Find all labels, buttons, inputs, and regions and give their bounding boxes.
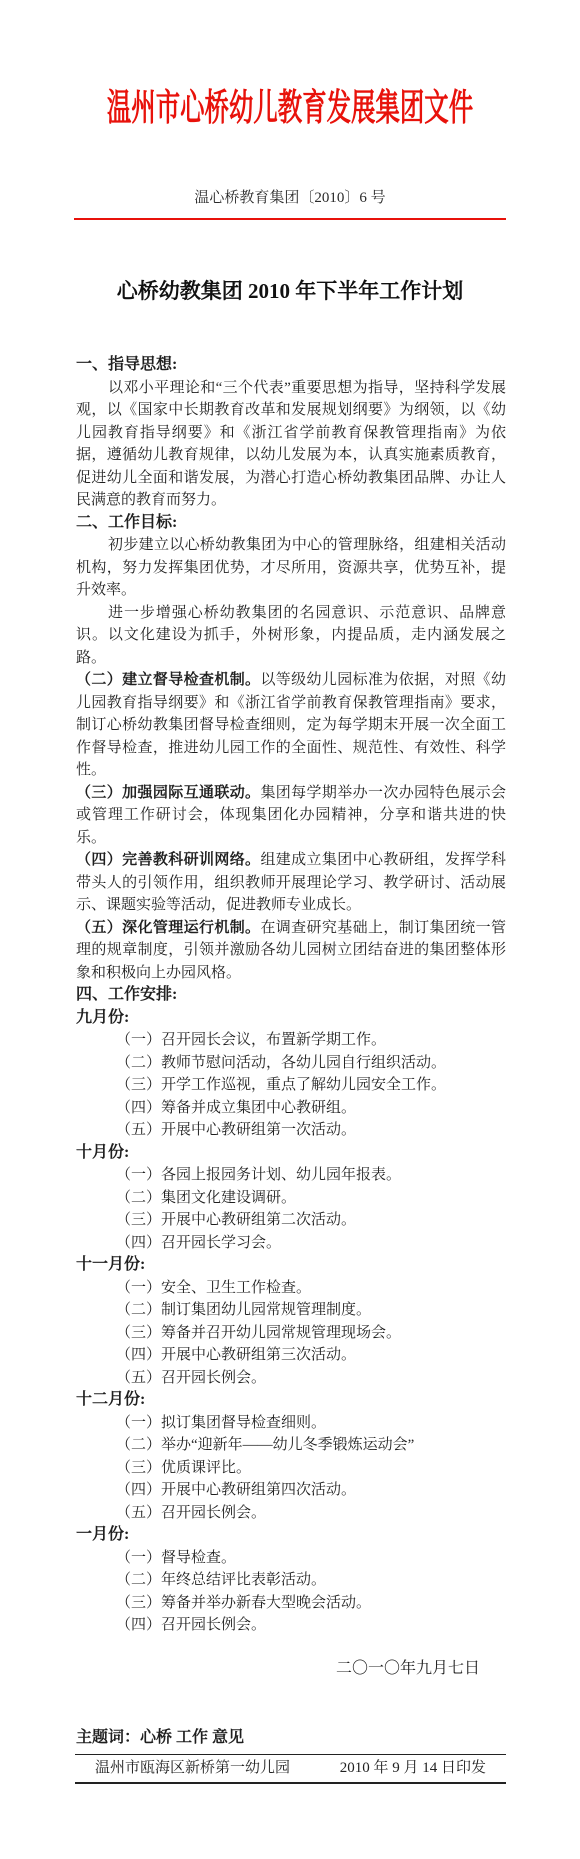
schedule-item: （二）制订集团幼儿园常规管理制度。 [76,1299,506,1322]
month-heading: 十月份: [76,1142,506,1165]
schedule-item: （三）筹备并召开幼儿园常规管理现场会。 [76,1322,506,1345]
paragraph: （三）加强园际互通联动。集团每学期举办一次办园特色展示会或管理工作研讨会，体现集… [76,782,506,850]
schedule-item: （四）筹备并成立集团中心教研组。 [76,1097,506,1120]
paragraph: 初步建立以心桥幼教集团为中心的管理脉络，组建相关活动机构，努力发挥集团优势，才尽… [76,534,506,602]
schedule-item: （四）开展中心教研组第四次活动。 [76,1479,506,1502]
document-body: 一、指导思想:以邓小平理论和“三个代表”重要思想为指导，坚持科学发展观，以《国家… [76,354,506,1637]
month-heading: 九月份: [76,1007,506,1030]
page: 温州市心桥幼儿教育发展集团文件 温心桥教育集团〔2010〕6 号 心桥幼教集团 … [0,0,580,1859]
paragraph: 以邓小平理论和“三个代表”重要思想为指导，坚持科学发展观，以《国家中长期教育改革… [76,377,506,512]
section-heading: 一、指导思想: [76,354,506,377]
schedule-item: （五）召开园长例会。 [76,1367,506,1390]
footer-info: 温州市瓯海区新桥第一幼儿园 2010 年 9 月 14 日印发 [75,1755,506,1782]
paragraph: （四）完善教科研训网络。组建成立集团中心教研组，发挥学科带头人的引领作用，组织教… [76,849,506,917]
signature-date: 二〇一〇年九月七日 [76,1657,506,1681]
paragraph: （五）深化管理运行机制。在调查研究基础上，制订集团统一管理的规章制度，引领并激励… [76,917,506,985]
schedule-item: （一）各园上报园务计划、幼儿园年报表。 [76,1164,506,1187]
paragraph-lead: （三）加强园际互通联动。 [76,785,260,801]
subject-terms: 心桥 工作 意见 [140,1729,244,1746]
schedule-item: （五）召开园长例会。 [76,1502,506,1525]
paragraph-lead: （四）完善教科研训网络。 [76,852,260,868]
schedule-item: （三）开展中心教研组第二次活动。 [76,1209,506,1232]
schedule-item: （三）筹备并举办新春大型晚会活动。 [76,1592,506,1615]
month-heading: 一月份: [76,1524,506,1547]
letterhead-divider [74,218,506,220]
month-heading: 十一月份: [76,1254,506,1277]
doc-title: 心桥幼教集团 2010 年下半年工作计划 [0,276,580,306]
schedule-item: （四）召开园长学习会。 [76,1232,506,1255]
subject-line: 主题词：心桥 工作 意见 [76,1727,506,1749]
schedule-item: （四）召开园长例会。 [76,1614,506,1637]
section-heading: 四、工作安排: [76,984,506,1007]
paragraph-lead: （五）深化管理运行机制。 [76,920,260,936]
footer-block: 温州市瓯海区新桥第一幼儿园 2010 年 9 月 14 日印发 [75,1754,506,1784]
schedule-item: （一）拟订集团督导检查细则。 [76,1412,506,1435]
doc-number: 温心桥教育集团〔2010〕6 号 [0,188,580,208]
paragraph-lead: （二）建立督导检查机制。 [76,672,260,688]
schedule-item: （一）召开园长会议，布置新学期工作。 [76,1029,506,1052]
schedule-item: （二）年终总结评比表彰活动。 [76,1569,506,1592]
subject-label: 主题词： [76,1729,140,1746]
month-heading: 十二月份: [76,1389,506,1412]
footer-issuer: 温州市瓯海区新桥第一幼儿园 [95,1755,290,1782]
letterhead-org-title: 温州市心桥幼儿教育发展集团文件 [99,86,482,132]
schedule-item: （二）举办“迎新年——幼儿冬季锻炼运动会” [76,1434,506,1457]
section-heading: 二、工作目标: [76,512,506,535]
schedule-item: （二）集团文化建设调研。 [76,1187,506,1210]
schedule-item: （一）安全、卫生工作检查。 [76,1277,506,1300]
schedule-item: （五）开展中心教研组第一次活动。 [76,1119,506,1142]
paragraph: 进一步增强心桥幼教集团的名园意识、示范意识、品牌意识。以文化建设为抓手，外树形象… [76,602,506,670]
paragraph: （二）建立督导检查机制。以等级幼儿园标准为依据，对照《幼儿园教育指导纲要》和《浙… [76,669,506,782]
schedule-item: （三）开学工作巡视，重点了解幼儿园安全工作。 [76,1074,506,1097]
footer-print-date: 2010 年 9 月 14 日印发 [340,1755,486,1782]
schedule-item: （二）教师节慰问活动，各幼儿园自行组织活动。 [76,1052,506,1075]
schedule-item: （三）优质课评比。 [76,1457,506,1480]
schedule-item: （一）督导检查。 [76,1547,506,1570]
schedule-item: （四）开展中心教研组第三次活动。 [76,1344,506,1367]
